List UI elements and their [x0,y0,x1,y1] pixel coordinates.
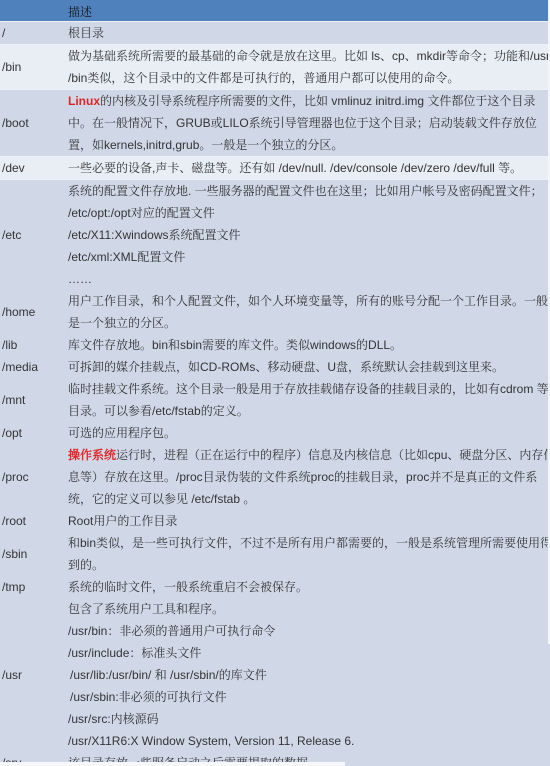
desc-line: 目录。可以参看/etc/fstab的定义。 [68,400,546,422]
table-row-boot: /boot Linux的内核及引导系统程序所需要的文件，比如 vmlinuz i… [0,89,548,156]
desc-line: 到的。 [68,554,546,576]
os-link[interactable]: 操作系统 [68,448,116,462]
desc-line: 和bin类似，是一些可执行文件，不过不是所有用户都需要的，一般是系统管理所需要使… [68,532,546,554]
dir-name: /usr [2,598,22,752]
desc-line: /bin类似，这个目录中的文件都是可执行的，普通用户都可以使用的命令。 [68,67,546,89]
dir-name: /media [2,356,38,378]
dir-desc: 可拆卸的媒介挂载点，如CD-ROMs、移动硬盘、U盘，系统默认会挂载到这里来。 [68,356,546,378]
dir-desc: 做为基础系统所需要的最基础的命令就是放在这里。比如 ls、cp、mkdir等命令… [68,45,546,89]
table-row-mnt: /mnt 临时挂载文件系统。这个目录一般是用于存放挂载储存设备的挂载目录的，比如… [0,378,548,422]
desc-line: 统，它的定义可以参见 /etc/fstab 。 [68,488,546,510]
header-desc-label: 描述 [68,3,92,20]
table-row-root: /root Root用户的工作目录 [0,510,548,532]
desc-line: Linux的内核及引导系统程序所需要的文件，比如 vmlinuz initrd.… [68,90,546,112]
table-row-lib: /lib 库文件存放地。bin和sbin需要的库文件。类似windows的DLL… [0,334,548,356]
dir-name: /sbin [2,532,27,576]
dir-desc: 临时挂载文件系统。这个目录一般是用于存放挂载储存设备的挂载目录的，比如有cdro… [68,378,546,422]
table-header: 描述 [0,0,548,21]
dir-name: /home [2,290,35,334]
dir-desc: Root用户的工作目录 [68,510,546,532]
table-row-media: /media 可拆卸的媒介挂载点，如CD-ROMs、移动硬盘、U盘，系统默认会挂… [0,356,548,378]
table-row-bin: /bin 做为基础系统所需要的最基础的命令就是放在这里。比如 ls、cp、mkd… [0,44,548,89]
desc-line: 根目录 [68,22,546,44]
desc-line: 一些必要的设备,声卡、磁盘等。还有如 /dev/null. /dev/conso… [68,157,546,179]
dir-desc: 操作系统运行时，进程（正在运行中的程序）信息及内核信息（比如cpu、硬盘分区、内… [68,444,546,510]
dir-name: / [2,22,5,44]
desc-line: 系统的配置文件存放地. 一些服务器的配置文件也在这里；比如用户帐号及密码配置文件… [68,180,546,202]
dir-name: /bin [2,45,21,89]
dir-name: /tmp [2,576,25,598]
dir-desc: 一些必要的设备,声卡、磁盘等。还有如 /dev/null. /dev/conso… [68,157,546,179]
dir-desc: 系统的配置文件存放地. 一些服务器的配置文件也在这里；比如用户帐号及密码配置文件… [68,180,546,290]
desc-line: 做为基础系统所需要的最基础的命令就是放在这里。比如 ls、cp、mkdir等命令… [68,45,546,67]
dir-name: /mnt [2,378,25,422]
desc-line: 包含了系统用户工具和程序。 [68,598,546,620]
table-row-etc: /etc 系统的配置文件存放地. 一些服务器的配置文件也在这里；比如用户帐号及密… [0,179,548,290]
dir-name: /lib [2,334,17,356]
dir-desc: 用户工作目录，和个人配置文件，如个人环境变量等，所有的账号分配一个工作目录。一般… [68,290,546,334]
desc-line: /usr/bin：非必须的普通用户可执行命令 [68,620,546,642]
desc-text: 的内核及引导系统程序所需要的文件，比如 vmlinuz initrd.img 文… [100,94,535,108]
dir-desc: 和bin类似，是一些可执行文件，不过不是所有用户都需要的，一般是系统管理所需要使… [68,532,546,576]
desc-line: 置，如kernels,initrd,grub。一般是一个独立的分区。 [68,134,546,156]
desc-line: /usr/X11R6:X Window System, Version 11, … [68,730,546,752]
dir-name: /root [2,510,26,532]
dir-desc: 可选的应用程序包。 [68,422,546,444]
dir-name: /etc [2,180,21,290]
desc-line: 操作系统运行时，进程（正在运行中的程序）信息及内核信息（比如cpu、硬盘分区、内… [68,444,546,466]
table-row-sbin: /sbin 和bin类似，是一些可执行文件，不过不是所有用户都需要的，一般是系统… [0,532,548,576]
dir-name: /dev [2,157,25,179]
dir-name: /proc [2,444,29,510]
linux-link[interactable]: Linux [68,94,100,108]
desc-line: 系统的临时文件，一般系统重启不会被保存。 [68,576,546,598]
dir-name: /opt [2,422,22,444]
desc-line: 可拆卸的媒介挂载点，如CD-ROMs、移动硬盘、U盘，系统默认会挂载到这里来。 [68,356,546,378]
table-row-home: /home 用户工作目录，和个人配置文件，如个人环境变量等，所有的账号分配一个工… [0,290,548,334]
dir-desc: 库文件存放地。bin和sbin需要的库文件。类似windows的DLL。 [68,334,546,356]
desc-line: /etc/opt:/opt对应的配置文件 [68,202,546,224]
desc-line: 可选的应用程序包。 [68,422,546,444]
table-row-usr: /usr 包含了系统用户工具和程序。 /usr/bin：非必须的普通用户可执行命… [0,598,548,752]
desc-line: /etc/xml:XML配置文件 [68,246,546,268]
desc-line: 用户工作目录，和个人配置文件，如个人环境变量等，所有的账号分配一个工作目录。一般 [68,290,546,312]
desc-line: /usr/sbin:非必须的可执行文件 [68,686,546,708]
table-row-proc: /proc 操作系统运行时，进程（正在运行中的程序）信息及内核信息（比如cpu、… [0,444,548,510]
desc-line: …… [68,268,546,290]
dir-desc: 包含了系统用户工具和程序。 /usr/bin：非必须的普通用户可执行命令 /us… [68,598,546,752]
desc-line: 中。在一般情况下，GRUB或LILO系统引导管理器也位于这个目录；启动装载文件存… [68,112,546,134]
dir-desc: 系统的临时文件，一般系统重启不会被保存。 [68,576,546,598]
desc-line: /usr/src:内核源码 [68,708,546,730]
desc-line: 是一个独立的分区。 [68,312,546,334]
table-row-opt: /opt 可选的应用程序包。 [0,422,548,444]
dir-desc: 根目录 [68,22,546,44]
linux-directory-table: 描述 / 根目录 /bin 做为基础系统所需要的最基础的命令就是放在这里。比如 … [0,0,548,766]
bottom-edge-strip [0,762,345,766]
table-row-root-dir: / 根目录 [0,21,548,44]
desc-line: 息等）存放在这里。/proc目录伪装的文件系统proc的挂载目录，proc并不是… [68,466,546,488]
desc-line: Root用户的工作目录 [68,510,546,532]
desc-line: /usr/include：标准头文件 [68,642,546,664]
desc-text: 运行时，进程（正在运行中的程序）信息及内核信息（比如cpu、硬盘分区、内存信 [116,448,550,462]
dir-desc: Linux的内核及引导系统程序所需要的文件，比如 vmlinuz initrd.… [68,90,546,156]
table-row-tmp: /tmp 系统的临时文件，一般系统重启不会被保存。 [0,576,548,598]
desc-line: /usr/lib:/usr/bin/ 和 /usr/sbin/的库文件 [68,664,546,686]
desc-line: 库文件存放地。bin和sbin需要的库文件。类似windows的DLL。 [68,334,546,356]
desc-line: 临时挂载文件系统。这个目录一般是用于存放挂载储存设备的挂载目录的，比如有cdro… [68,378,546,400]
dir-name: /boot [2,90,29,156]
table-row-dev: /dev 一些必要的设备,声卡、磁盘等。还有如 /dev/null. /dev/… [0,156,548,179]
desc-line: /etc/X11:Xwindows系统配置文件 [68,224,546,246]
